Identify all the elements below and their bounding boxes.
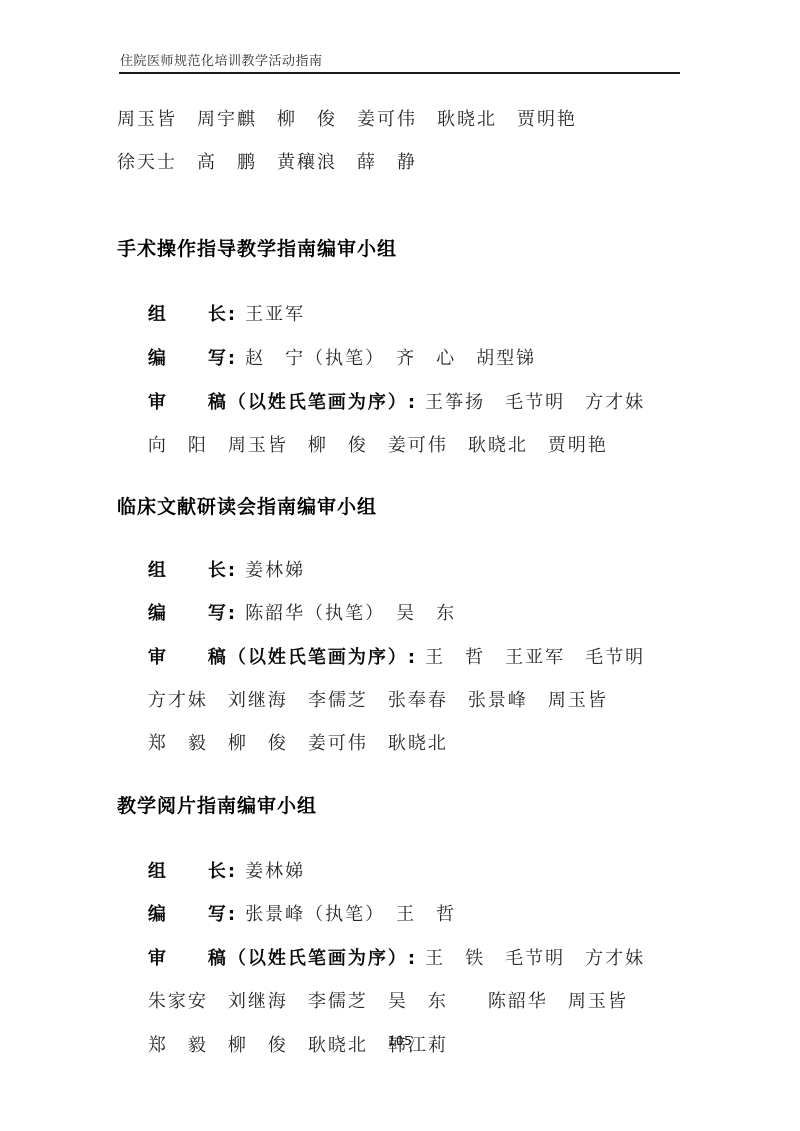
row-names: 姜林娣 [245, 560, 305, 581]
row-label: 组 长: [148, 861, 237, 882]
row-names: 朱家安 刘继海 李儒芝 吴 东 陈韶华 周玉皆 [148, 991, 628, 1012]
row-names: 郑 毅 柳 俊 姜可伟 耿晓北 [148, 733, 448, 754]
row-names: 方才妹 刘继海 李儒芝 张奉春 张景峰 周玉皆 [148, 690, 608, 711]
row-names: 王 哲 王亚军 毛节明 [425, 647, 645, 668]
row-names: 王 铁 毛节明 方才妹 [425, 948, 645, 969]
page-number: 105 [0, 1034, 800, 1049]
section-title-surgery-group: 手术操作指导教学指南编审小组 [117, 238, 397, 260]
row-names: 陈韶华（执笔） 吴 东 [245, 603, 456, 624]
row-names: 赵 宁（执笔） 齐 心 胡型锑 [245, 348, 536, 369]
row-names: 向 阳 周玉皆 柳 俊 姜可伟 耿晓北 贾明艳 [148, 435, 608, 456]
row-label: 审 稿（以姓氏笔画为序）: [148, 392, 417, 413]
row-names: 王筝扬 毛节明 方才妹 [425, 392, 645, 413]
section-row: 向 阳 周玉皆 柳 俊 姜可伟 耿晓北 贾明艳 [117, 414, 608, 477]
row-names: 张景峰（执笔） 王 哲 [245, 904, 456, 925]
row-names: 姜林娣 [245, 861, 305, 882]
row-label: 审 稿（以姓氏笔画为序）: [148, 647, 417, 668]
row-names: 王亚军 [245, 304, 305, 325]
row-label: 审 稿（以姓氏笔画为序）: [148, 948, 417, 969]
header-rule [119, 72, 680, 74]
name-list-line: 周玉皆 周宇麒 柳 俊 姜可伟 耿晓北 贾明艳 [117, 109, 577, 130]
row-label: 编 写: [148, 348, 237, 369]
row-label: 组 长: [148, 304, 237, 325]
row-label: 编 写: [148, 904, 237, 925]
running-header-title: 住院医师规范化培训教学活动指南 [120, 54, 323, 70]
section-title-literature-group: 临床文献研读会指南编审小组 [117, 496, 377, 518]
section-row: 郑 毅 柳 俊 姜可伟 耿晓北 [117, 712, 448, 775]
document-page: 住院医师规范化培训教学活动指南 周玉皆 周宇麒 柳 俊 姜可伟 耿晓北 贾明艳 … [0, 0, 800, 1131]
section-title-film-reading-group: 教学阅片指南编审小组 [117, 795, 317, 817]
name-list-line: 徐天士 高 鹏 黄穰浪 薛 静 [117, 152, 417, 173]
row-label: 编 写: [148, 603, 237, 624]
row-label: 组 长: [148, 560, 237, 581]
